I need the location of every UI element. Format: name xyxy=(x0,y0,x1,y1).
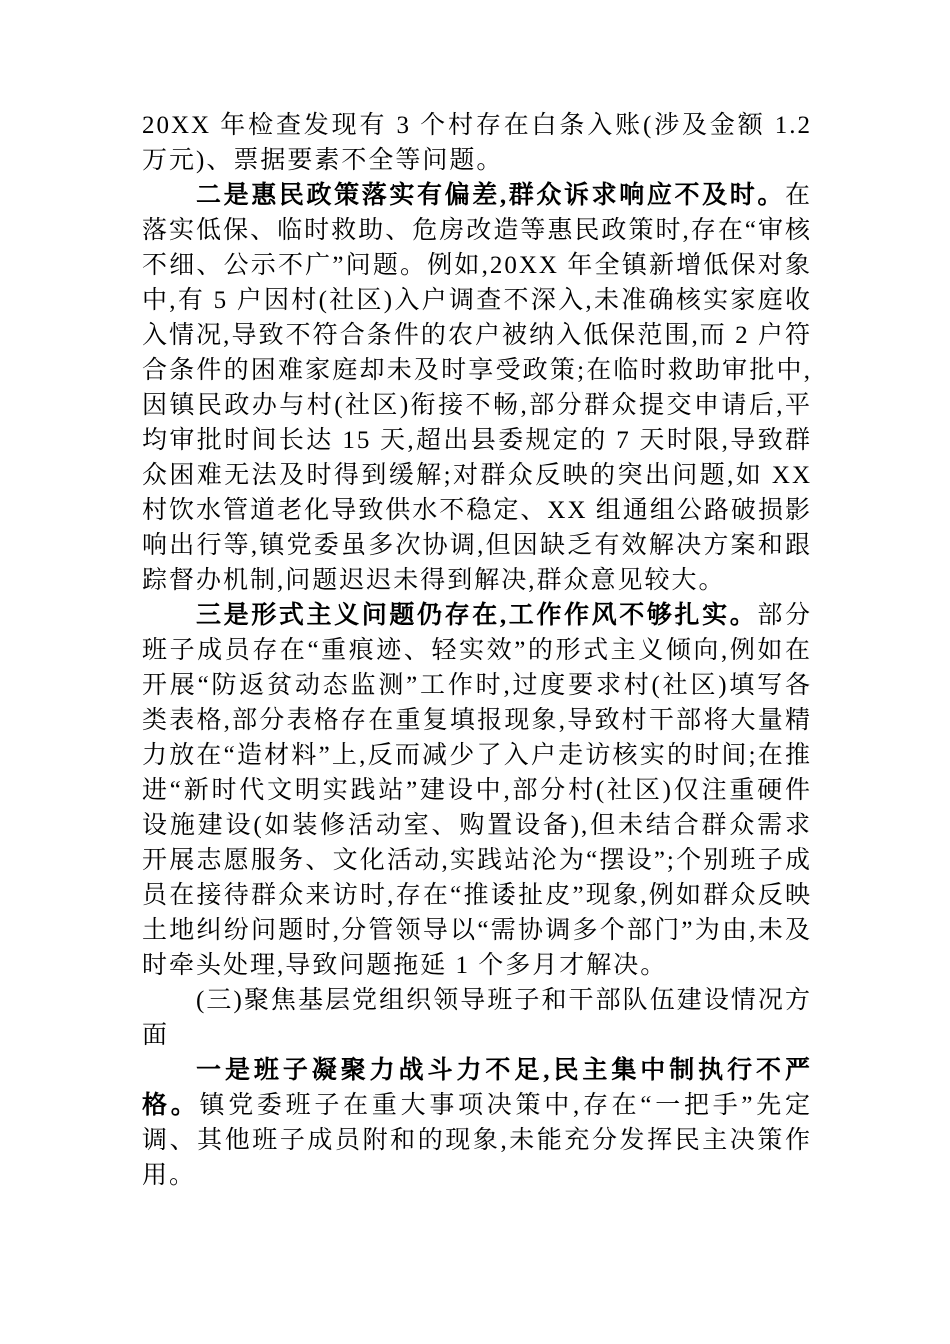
document-body: 20XX 年检查发现有 3 个村存在白条入账(涉及金额 1.2 万元)、票据要素… xyxy=(142,108,812,1193)
paragraph-text: 20XX 年检查发现有 3 个村存在白条入账(涉及金额 1.2 万元)、票据要素… xyxy=(142,112,812,174)
paragraph-text: 在落实低保、临时救助、危房改造等惠民政策时,存在“审核不细、公示不广”问题。例如… xyxy=(142,182,812,594)
section-heading: (三)聚焦基层党组织领导班子和干部队伍建设情况方面 xyxy=(142,983,812,1053)
paragraph: 一是班子凝聚力战斗力不足,民主集中制执行不严格。镇党委班子在重大事项决策中,存在… xyxy=(142,1053,812,1193)
document-page: 20XX 年检查发现有 3 个村存在白条入账(涉及金额 1.2 万元)、票据要素… xyxy=(0,0,950,1344)
paragraph-continuation: 20XX 年检查发现有 3 个村存在白条入账(涉及金额 1.2 万元)、票据要素… xyxy=(142,108,812,178)
section-heading-text: (三)聚焦基层党组织领导班子和干部队伍建设情况方面 xyxy=(142,987,812,1049)
paragraph-text: 部分班子成员存在“重痕迹、轻实效”的形式主义倾向,例如在开展“防返贫动态监测”工… xyxy=(142,602,812,979)
paragraph-lead: 三是形式主义问题仍存在,工作作风不够扎实。 xyxy=(196,602,757,629)
paragraph: 三是形式主义问题仍存在,工作作风不够扎实。部分班子成员存在“重痕迹、轻实效”的形… xyxy=(142,598,812,983)
paragraph-lead: 二是惠民政策落实有偏差,群众诉求响应不及时。 xyxy=(196,182,785,209)
paragraph-text: 镇党委班子在重大事项决策中,存在“一把手”先定调、其他班子成员附和的现象,未能充… xyxy=(142,1092,812,1189)
paragraph: 二是惠民政策落实有偏差,群众诉求响应不及时。在落实低保、临时救助、危房改造等惠民… xyxy=(142,178,812,598)
